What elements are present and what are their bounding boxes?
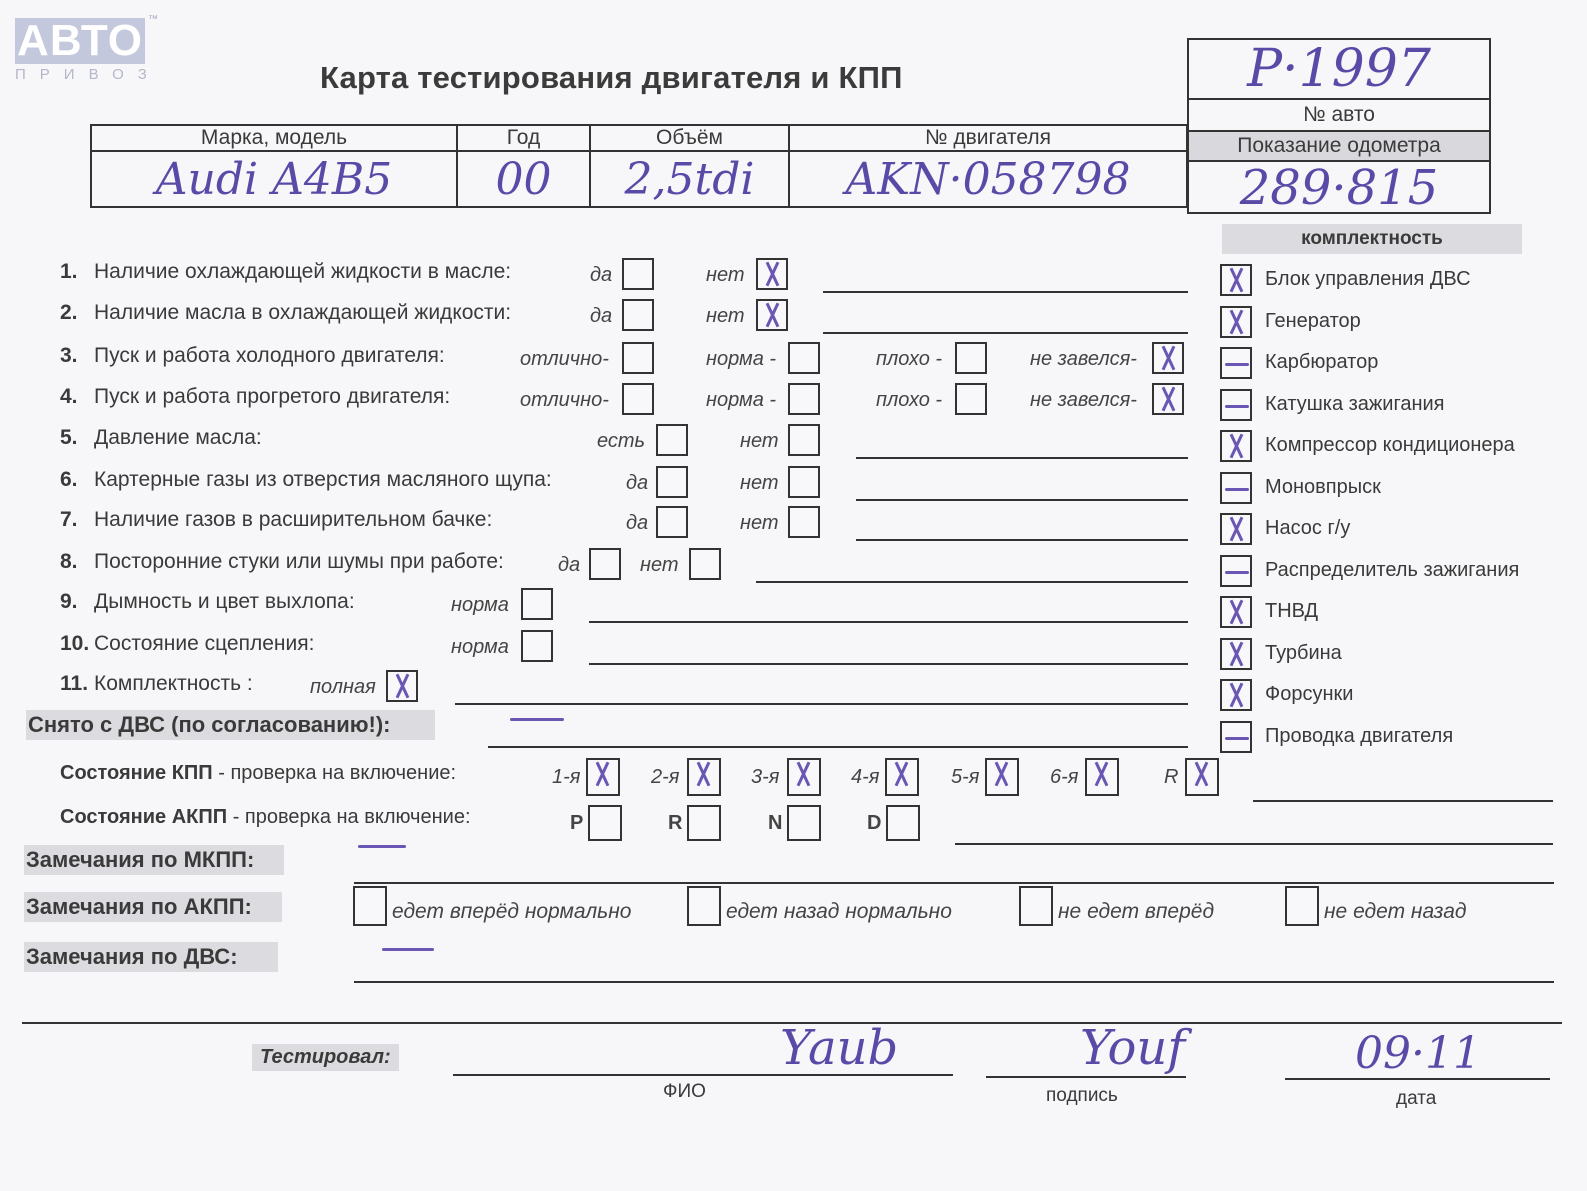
akpp-label: Состояние АКПП - проверка на включение:	[60, 806, 471, 829]
fio-line[interactable]	[453, 1074, 953, 1076]
checklist-row: 11.Комплектность :	[60, 672, 253, 696]
remarks-dvs-dash	[382, 948, 434, 951]
kpp-label-rest: - проверка на включение:	[213, 762, 456, 784]
option-label: да	[590, 264, 612, 287]
akpp-remark-checkbox[interactable]	[353, 886, 387, 926]
option-label: отлично-	[520, 348, 609, 371]
option-label: не завелся-	[1030, 389, 1137, 412]
komplektnost-item-label: Насос г/у	[1265, 517, 1350, 540]
gear-label: 4-я	[851, 766, 879, 789]
gear-checkbox[interactable]	[687, 758, 721, 796]
komplektnost-item-label: Генератор	[1265, 310, 1361, 333]
row-label: Состояние сцепления:	[94, 632, 314, 655]
gear-label: 2-я	[651, 766, 679, 789]
akpp-remark-checkbox[interactable]	[687, 886, 721, 926]
plate-label: № авто	[1189, 100, 1489, 132]
checklist-row: 8.Посторонние стуки или шумы при работе:	[60, 550, 504, 574]
option-label: норма -	[706, 348, 776, 371]
komplektnost-checkbox[interactable]	[1220, 306, 1252, 338]
tested-label: Тестировал:	[252, 1044, 399, 1071]
option-checkbox[interactable]	[756, 258, 788, 290]
option-checkbox[interactable]	[788, 342, 820, 374]
odometer-label: Показание одометра	[1189, 132, 1489, 162]
row-number: 4.	[60, 385, 94, 409]
answer-line[interactable]	[823, 332, 1188, 334]
option-checkbox[interactable]	[756, 299, 788, 331]
komplektnost-item-label: Карбюратор	[1265, 351, 1378, 374]
answer-line[interactable]	[455, 703, 1188, 705]
gear-checkbox[interactable]	[985, 758, 1019, 796]
checklist-row: 6.Картерные газы из отверстия масляного …	[60, 468, 552, 492]
komplektnost-checkbox[interactable]	[1220, 264, 1252, 296]
removed-label: Снято с ДВС (по согласованию!):	[26, 710, 435, 740]
option-checkbox[interactable]	[788, 466, 820, 498]
komplektnost-checkbox[interactable]	[1220, 679, 1252, 711]
row-label: Наличие масла в охлаждающей жидкости:	[94, 301, 511, 324]
option-label: да	[626, 472, 648, 495]
answer-line[interactable]	[856, 539, 1188, 541]
row-label: Пуск и работа холодного двигателя:	[94, 344, 445, 367]
option-label: да	[558, 554, 580, 577]
option-checkbox[interactable]	[788, 424, 820, 456]
checklist-row: 5.Давление масла:	[60, 426, 262, 450]
option-checkbox[interactable]	[622, 258, 654, 290]
engine-no-value[interactable]: AKN·058798	[789, 151, 1187, 207]
komplektnost-checkbox[interactable]	[1220, 389, 1252, 421]
plate-value[interactable]: P·1997	[1189, 40, 1489, 100]
vehicle-info-table: Марка, модель Год Объём № двигателя Audi…	[90, 124, 1188, 208]
option-checkbox[interactable]	[955, 383, 987, 415]
mode-label: P	[570, 812, 583, 835]
komplektnost-item-label: Компрессор кондиционера	[1265, 434, 1515, 457]
option-checkbox[interactable]	[622, 299, 654, 331]
row-label: Пуск и работа прогретого двигателя:	[94, 385, 450, 408]
row-number: 10.	[60, 632, 94, 656]
remarks-mkpp-dash	[358, 845, 406, 848]
odometer-value[interactable]: 289·815	[1189, 162, 1489, 212]
option-checkbox[interactable]	[1152, 342, 1184, 374]
remarks-akpp-label: Замечания по АКПП:	[24, 892, 282, 922]
remarks-mkpp-line[interactable]	[354, 882, 1554, 884]
akpp-remark-label: едет назад нормально	[726, 900, 952, 924]
kpp-label: Состояние КПП - проверка на включение:	[60, 762, 456, 785]
option-label: нет	[740, 472, 779, 495]
gear-checkbox[interactable]	[885, 758, 919, 796]
akpp-label-rest: - проверка на включение:	[227, 806, 470, 828]
gear-checkbox[interactable]	[586, 758, 620, 796]
answer-line[interactable]	[856, 499, 1188, 501]
vehicle-box: P·1997 № авто Показание одометра 289·815	[1187, 38, 1491, 214]
checklist-row: 4.Пуск и работа прогретого двигателя:	[60, 385, 450, 409]
model-value[interactable]: Audi A4B5	[91, 151, 457, 207]
date-label: дата	[1396, 1088, 1436, 1110]
row-label: Дымность и цвет выхлопа:	[94, 590, 355, 613]
komplektnost-header: комплектность	[1222, 224, 1522, 254]
mode-checkbox[interactable]	[787, 805, 821, 841]
col-header-year: Год	[457, 125, 590, 151]
komplektnost-item-label: ТНВД	[1265, 600, 1318, 623]
year-value[interactable]: 00	[457, 151, 590, 207]
option-checkbox[interactable]	[689, 548, 721, 580]
remarks-mkpp-label: Замечания по МКПП:	[24, 845, 284, 875]
option-label: да	[626, 512, 648, 535]
komplektnost-item-label: Блок управления ДВС	[1265, 268, 1471, 291]
row-label: Комплектность :	[94, 672, 253, 695]
option-label: нет	[740, 512, 779, 535]
mode-label: N	[768, 812, 782, 835]
remarks-dvs-line[interactable]	[354, 981, 1554, 983]
option-label: отлично-	[520, 389, 609, 412]
logo: АВТО	[15, 18, 145, 64]
row-number: 2.	[60, 301, 94, 325]
komplektnost-checkbox[interactable]	[1220, 555, 1252, 587]
akpp-remark-label: едет вперёд нормально	[392, 900, 631, 924]
komplektnost-checkbox[interactable]	[1220, 472, 1252, 504]
option-checkbox[interactable]	[589, 548, 621, 580]
answer-line[interactable]	[589, 663, 1188, 665]
row-number: 5.	[60, 426, 94, 450]
checklist-row: 2.Наличие масла в охлаждающей жидкости:	[60, 301, 511, 325]
komplektnost-item-label: Распределитель зажигания	[1265, 559, 1519, 582]
mode-label: R	[668, 812, 682, 835]
akpp-remark-label: не едет назад	[1324, 900, 1466, 924]
row-number: 9.	[60, 590, 94, 614]
gear-checkbox[interactable]	[1185, 758, 1219, 796]
komplektnost-item-label: Форсунки	[1265, 683, 1353, 706]
row-number: 1.	[60, 260, 94, 284]
answer-line[interactable]	[589, 621, 1188, 623]
gear-label: 6-я	[1050, 766, 1078, 789]
option-checkbox[interactable]	[521, 588, 553, 620]
row-number: 8.	[60, 550, 94, 574]
kpp-line[interactable]	[1253, 800, 1553, 802]
gear-checkbox[interactable]	[787, 758, 821, 796]
komplektnost-checkbox[interactable]	[1220, 596, 1252, 628]
option-checkbox[interactable]	[1152, 383, 1184, 415]
gear-label: 3-я	[751, 766, 779, 789]
akpp-remark-label: не едет вперёд	[1058, 900, 1214, 924]
date-value[interactable]: 09·11	[1355, 1028, 1481, 1079]
col-header-engine-no: № двигателя	[789, 125, 1187, 151]
option-checkbox[interactable]	[955, 342, 987, 374]
checklist-row: 3.Пуск и работа холодного двигателя:	[60, 344, 445, 368]
option-label: норма	[451, 594, 509, 617]
option-label: есть	[597, 430, 645, 453]
option-checkbox[interactable]	[656, 506, 688, 538]
row-number: 7.	[60, 508, 94, 532]
option-checkbox[interactable]	[656, 424, 688, 456]
date-line[interactable]	[1285, 1078, 1550, 1080]
logo-subtitle: ПРИВОЗ	[15, 66, 147, 83]
option-label: норма -	[706, 389, 776, 412]
option-label: нет	[706, 264, 745, 287]
option-label: плохо -	[876, 348, 942, 371]
option-checkbox[interactable]	[386, 670, 418, 702]
volume-value[interactable]: 2,5tdi	[590, 151, 789, 207]
komplektnost-checkbox[interactable]	[1220, 638, 1252, 670]
mode-label: D	[867, 812, 881, 835]
option-label: нет	[706, 305, 745, 328]
col-header-model: Марка, модель	[91, 125, 457, 151]
gear-checkbox[interactable]	[1085, 758, 1119, 796]
komplektnost-checkbox[interactable]	[1220, 721, 1252, 753]
fio-value[interactable]: Yaub	[780, 1020, 898, 1076]
row-label: Наличие газов в расширительном бачке:	[94, 508, 492, 531]
akpp-remark-checkbox[interactable]	[1019, 886, 1053, 926]
fio-label: ФИО	[663, 1081, 706, 1103]
page-title: Карта тестирования двигателя и КПП	[320, 60, 903, 96]
option-label: норма	[451, 636, 509, 659]
komplektnost-item-label: Турбина	[1265, 642, 1342, 665]
option-label: полная	[310, 676, 376, 699]
answer-line[interactable]	[856, 457, 1188, 459]
komplektnost-item-label: Катушка зажигания	[1265, 393, 1445, 416]
signature-line[interactable]	[986, 1076, 1186, 1078]
row-label: Картерные газы из отверстия масляного щу…	[94, 468, 552, 491]
akpp-line[interactable]	[955, 843, 1553, 845]
remarks-dvs-label: Замечания по ДВС:	[24, 942, 278, 972]
komplektnost-item-label: Проводка двигателя	[1265, 725, 1453, 748]
option-label: да	[590, 305, 612, 328]
option-label: нет	[640, 554, 679, 577]
option-label: нет	[740, 430, 779, 453]
gear-label: 1-я	[552, 766, 580, 789]
signature-label: подпись	[1046, 1085, 1118, 1107]
option-checkbox[interactable]	[521, 630, 553, 662]
gear-label: R	[1164, 766, 1178, 789]
logo-tm: ™	[148, 14, 158, 25]
kpp-label-bold: Состояние КПП	[60, 762, 213, 784]
option-label: плохо -	[876, 389, 942, 412]
mode-checkbox[interactable]	[886, 805, 920, 841]
option-checkbox[interactable]	[788, 383, 820, 415]
signature-value[interactable]: Youf	[1080, 1020, 1185, 1076]
removed-line[interactable]	[488, 746, 1188, 748]
row-label: Наличие охлаждающей жидкости в масле:	[94, 260, 511, 283]
answer-line[interactable]	[756, 581, 1188, 583]
komplektnost-checkbox[interactable]	[1220, 347, 1252, 379]
checklist-row: 1.Наличие охлаждающей жидкости в масле:	[60, 260, 511, 284]
akpp-remark-checkbox[interactable]	[1285, 886, 1319, 926]
checklist-row: 7.Наличие газов в расширительном бачке:	[60, 508, 492, 532]
komplektnost-checkbox[interactable]	[1220, 430, 1252, 462]
row-label: Посторонние стуки или шумы при работе:	[94, 550, 504, 573]
row-number: 11.	[60, 672, 94, 696]
komplektnost-item-label: Моновпрыск	[1265, 476, 1381, 499]
gear-label: 5-я	[951, 766, 979, 789]
mode-checkbox[interactable]	[687, 805, 721, 841]
row-label: Давление масла:	[94, 426, 262, 449]
checklist-row: 9.Дымность и цвет выхлопа:	[60, 590, 355, 614]
row-number: 3.	[60, 344, 94, 368]
answer-line[interactable]	[823, 291, 1188, 293]
option-checkbox[interactable]	[656, 466, 688, 498]
mode-checkbox[interactable]	[588, 805, 622, 841]
removed-dash-mark	[510, 718, 564, 721]
option-checkbox[interactable]	[622, 383, 654, 415]
col-header-volume: Объём	[590, 125, 789, 151]
akpp-label-bold: Состояние АКПП	[60, 806, 227, 828]
checklist-row: 10.Состояние сцепления:	[60, 632, 314, 656]
row-number: 6.	[60, 468, 94, 492]
option-checkbox[interactable]	[622, 342, 654, 374]
option-checkbox[interactable]	[788, 506, 820, 538]
komplektnost-checkbox[interactable]	[1220, 513, 1252, 545]
option-label: не завелся-	[1030, 348, 1137, 371]
